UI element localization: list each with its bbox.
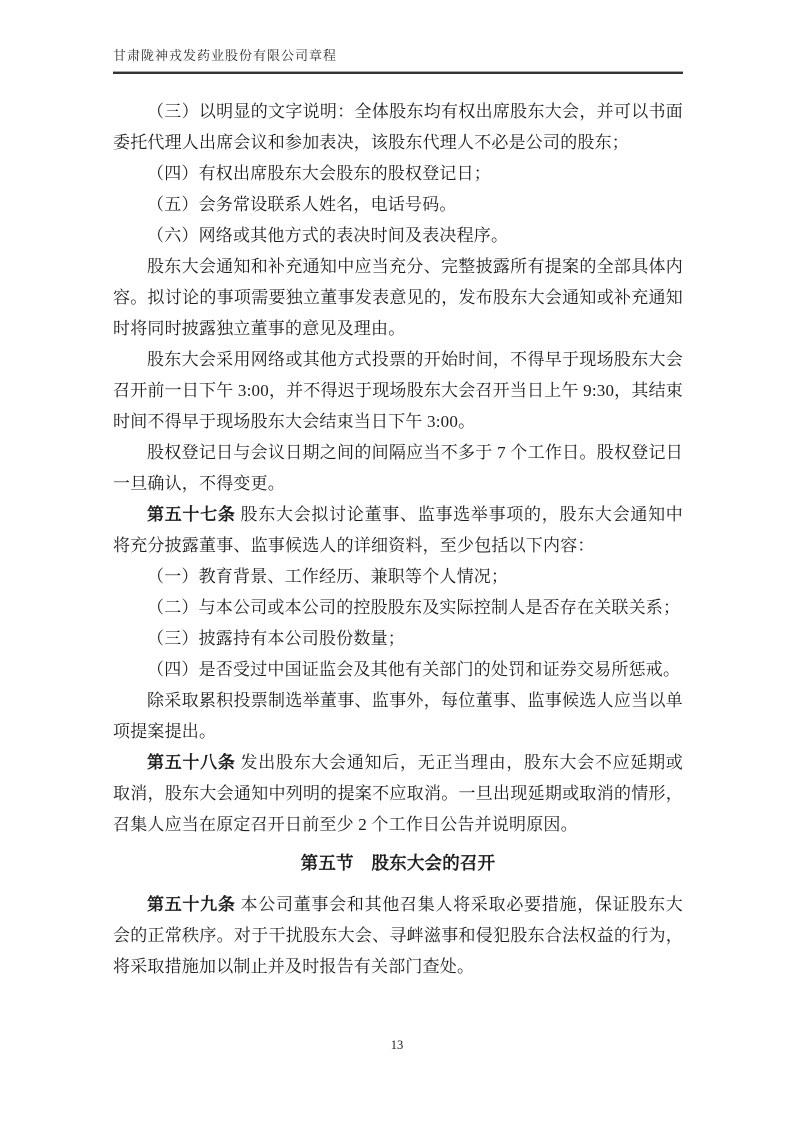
article-58: 第五十八条 发出股东大会通知后，无正当理由，股东大会不应延期或取消，股东大会通知… <box>113 747 683 840</box>
header-title: 甘肃陇神戎发药业股份有限公司章程 <box>113 48 683 64</box>
paragraph-single-proposal: 除采取累积投票制选举董事、监事外，每位董事、监事候选人应当以单项提案提出。 <box>113 685 683 747</box>
item-3-shareholding: （三）披露持有本公司股份数量； <box>113 623 683 654</box>
item-5-contact-person: （五）会务常设联系人姓名，电话号码。 <box>113 189 683 220</box>
page-header: 甘肃陇神戎发药业股份有限公司章程 <box>113 48 683 74</box>
page-footer: 13 <box>0 1038 794 1053</box>
item-3-notice-statement: （三）以明显的文字说明：全体股东均有权出席股东大会，并可以书面委托代理人出席会议… <box>113 96 683 158</box>
item-6-voting-time: （六）网络或其他方式的表决时间及表决程序。 <box>113 220 683 251</box>
item-4-record-date: （四）有权出席股东大会股东的股权登记日； <box>113 158 683 189</box>
item-4-penalties: （四）是否受过中国证监会及其他有关部门的处罚和证券交易所惩戒。 <box>113 654 683 685</box>
article-59: 第五十九条 本公司董事会和其他召集人将采取必要措施，保证股东大会的正常秩序。对于… <box>113 889 683 982</box>
document-page: 甘肃陇神戎发药业股份有限公司章程 （三）以明显的文字说明：全体股东均有权出席股东… <box>0 0 794 1122</box>
document-body: （三）以明显的文字说明：全体股东均有权出席股东大会，并可以书面委托代理人出席会议… <box>113 96 683 982</box>
article-number: 第五十九条 <box>147 895 236 914</box>
item-1-education-background: （一）教育背景、工作经历、兼职等个人情况； <box>113 561 683 592</box>
paragraph-notice-disclosure: 股东大会通知和补充通知中应当充分、完整披露所有提案的全部具体内容。拟讨论的事项需… <box>113 251 683 344</box>
page-number: 13 <box>391 1038 404 1052</box>
header-rule <box>113 71 683 74</box>
paragraph-record-date-interval: 股权登记日与会议日期之间的间隔应当不多于 7 个工作日。股权登记日一旦确认，不得… <box>113 437 683 499</box>
section-5-heading: 第五节 股东大会的召开 <box>113 847 683 879</box>
article-number: 第五十七条 <box>147 505 236 524</box>
article-57: 第五十七条 股东大会拟讨论董事、监事选举事项的，股东大会通知中将充分披露董事、监… <box>113 499 683 561</box>
article-number: 第五十八条 <box>147 753 236 772</box>
item-2-related-relationship: （二）与本公司或本公司的控股股东及实际控制人是否存在关联关系； <box>113 592 683 623</box>
paragraph-online-voting-time: 股东大会采用网络或其他方式投票的开始时间，不得早于现场股东大会召开前一日下午 3… <box>113 344 683 437</box>
